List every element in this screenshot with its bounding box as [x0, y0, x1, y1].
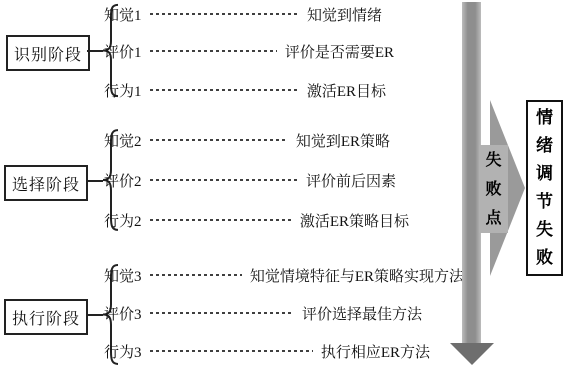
process-row: 评价2 评价前后因素: [104, 170, 396, 190]
step-description: 知觉情境特征与ER策略实现方法: [250, 265, 464, 286]
step-label: 评价1: [104, 41, 142, 62]
stage-label: 识别阶段: [14, 42, 82, 65]
stage-box-identify: 识别阶段: [6, 35, 90, 71]
process-row: 行为1 激活ER目标: [104, 80, 386, 100]
dotted-connector: [150, 219, 292, 221]
outcome-label: 情绪调节失败: [536, 108, 553, 267]
dotted-connector: [150, 13, 299, 15]
process-row: 评价1 评价是否需要ER: [104, 41, 394, 61]
process-row: 行为3 执行相应ER方法: [104, 341, 430, 361]
process-row: 知觉2 知觉到ER策略: [104, 130, 390, 150]
step-description: 执行相应ER方法: [321, 341, 430, 362]
process-row: 评价3 评价选择最佳方法: [104, 303, 422, 323]
dotted-connector: [150, 274, 242, 276]
process-row: 知觉3 知觉情境特征与ER策略实现方法: [104, 265, 464, 285]
step-label: 行为2: [104, 210, 142, 231]
step-description: 评价前后因素: [306, 170, 396, 191]
outcome-box: 情绪调节失败: [526, 100, 563, 276]
diagram-canvas: 识别阶段 知觉1 知觉到情绪 评价1 评价是否需要ER 行为1 激活ER目标 选…: [0, 0, 566, 368]
step-label: 知觉2: [104, 130, 142, 151]
step-description: 激活ER策略目标: [300, 210, 409, 231]
step-label: 行为1: [104, 80, 142, 101]
step-label: 评价2: [104, 170, 142, 191]
down-arrow-head-icon: [450, 343, 494, 365]
dotted-connector: [150, 312, 294, 314]
process-row: 知觉1 知觉到情绪: [104, 4, 382, 24]
dotted-connector: [150, 350, 313, 352]
dotted-connector: [150, 89, 299, 91]
dotted-connector: [150, 50, 277, 52]
dotted-connector: [150, 139, 288, 141]
failure-point-label: 失败点: [479, 145, 508, 233]
step-description: 评价是否需要ER: [285, 41, 394, 62]
step-label: 知觉1: [104, 4, 142, 25]
stage-label: 选择阶段: [12, 172, 80, 195]
step-label: 行为3: [104, 341, 142, 362]
dotted-connector: [150, 179, 298, 181]
step-description: 知觉到ER策略: [296, 130, 390, 151]
step-description: 激活ER目标: [307, 80, 386, 101]
step-description: 评价选择最佳方法: [302, 303, 422, 324]
step-description: 知觉到情绪: [307, 4, 382, 25]
step-label: 知觉3: [104, 265, 142, 286]
step-label: 评价3: [104, 303, 142, 324]
stage-label: 执行阶段: [12, 306, 80, 329]
stage-box-execute: 执行阶段: [4, 299, 88, 335]
process-row: 行为2 激活ER策略目标: [104, 210, 409, 230]
stage-box-select: 选择阶段: [4, 165, 88, 201]
